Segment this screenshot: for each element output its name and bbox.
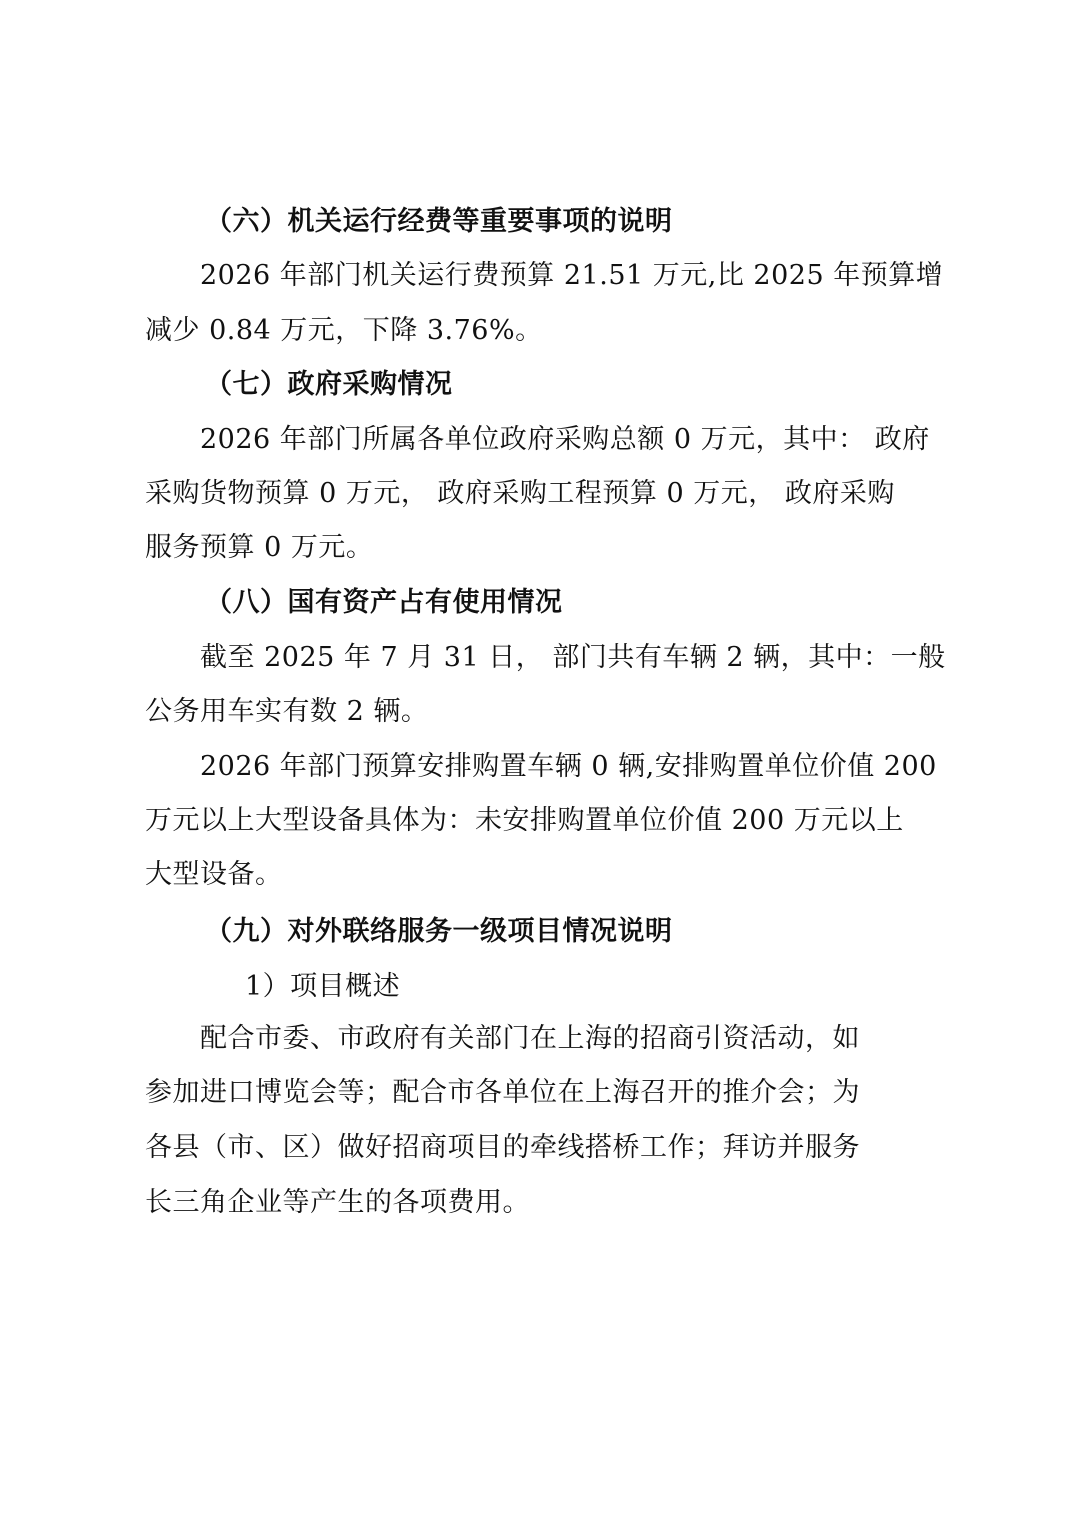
paragraph-line: 2026 年部门预算安排购置车辆 0 辆,安排购置单位价值 200 bbox=[200, 749, 937, 785]
paragraph-line: 万元以上大型设备具体为：未安排购置单位价值 200 万元以上 bbox=[145, 803, 904, 839]
paragraph-line: 公务用车实有数 2 辆。 bbox=[145, 694, 428, 730]
paragraph-line: 减少 0.84 万元，下降 3.76%。 bbox=[145, 313, 543, 349]
paragraph-line: 2026 年部门所属各单位政府采购总额 0 万元，其中： 政府 bbox=[200, 422, 930, 458]
paragraph-line: 2026 年部门机关运行费预算 21.51 万元,比 2025 年预算增 bbox=[200, 258, 943, 294]
paragraph-line: 采购货物预算 0 万元， 政府采购工程预算 0 万元， 政府采购 bbox=[145, 476, 895, 512]
section-heading-6: （六）机关运行经费等重要事项的说明 bbox=[205, 204, 673, 240]
paragraph-line: 长三角企业等产生的各项费用。 bbox=[145, 1185, 530, 1221]
paragraph-line: 参加进口博览会等；配合市各单位在上海召开的推介会；为 bbox=[145, 1075, 860, 1111]
paragraph-line: 截至 2025 年 7 月 31 日， 部门共有车辆 2 辆，其中：一般 bbox=[200, 640, 946, 676]
subheading: 1）项目概述 bbox=[245, 969, 400, 1005]
section-heading-9: （九）对外联络服务一级项目情况说明 bbox=[205, 914, 673, 950]
paragraph-line: 服务预算 0 万元。 bbox=[145, 530, 373, 566]
section-heading-8: （八）国有资产占有使用情况 bbox=[205, 585, 563, 621]
section-heading-7: （七）政府采购情况 bbox=[205, 367, 453, 403]
paragraph-line: 配合市委、市政府有关部门在上海的招商引资活动，如 bbox=[200, 1021, 860, 1057]
paragraph-line: 大型设备。 bbox=[145, 857, 283, 893]
paragraph-line: 各县（市、区）做好招商项目的牵线搭桥工作；拜访并服务 bbox=[145, 1130, 860, 1166]
